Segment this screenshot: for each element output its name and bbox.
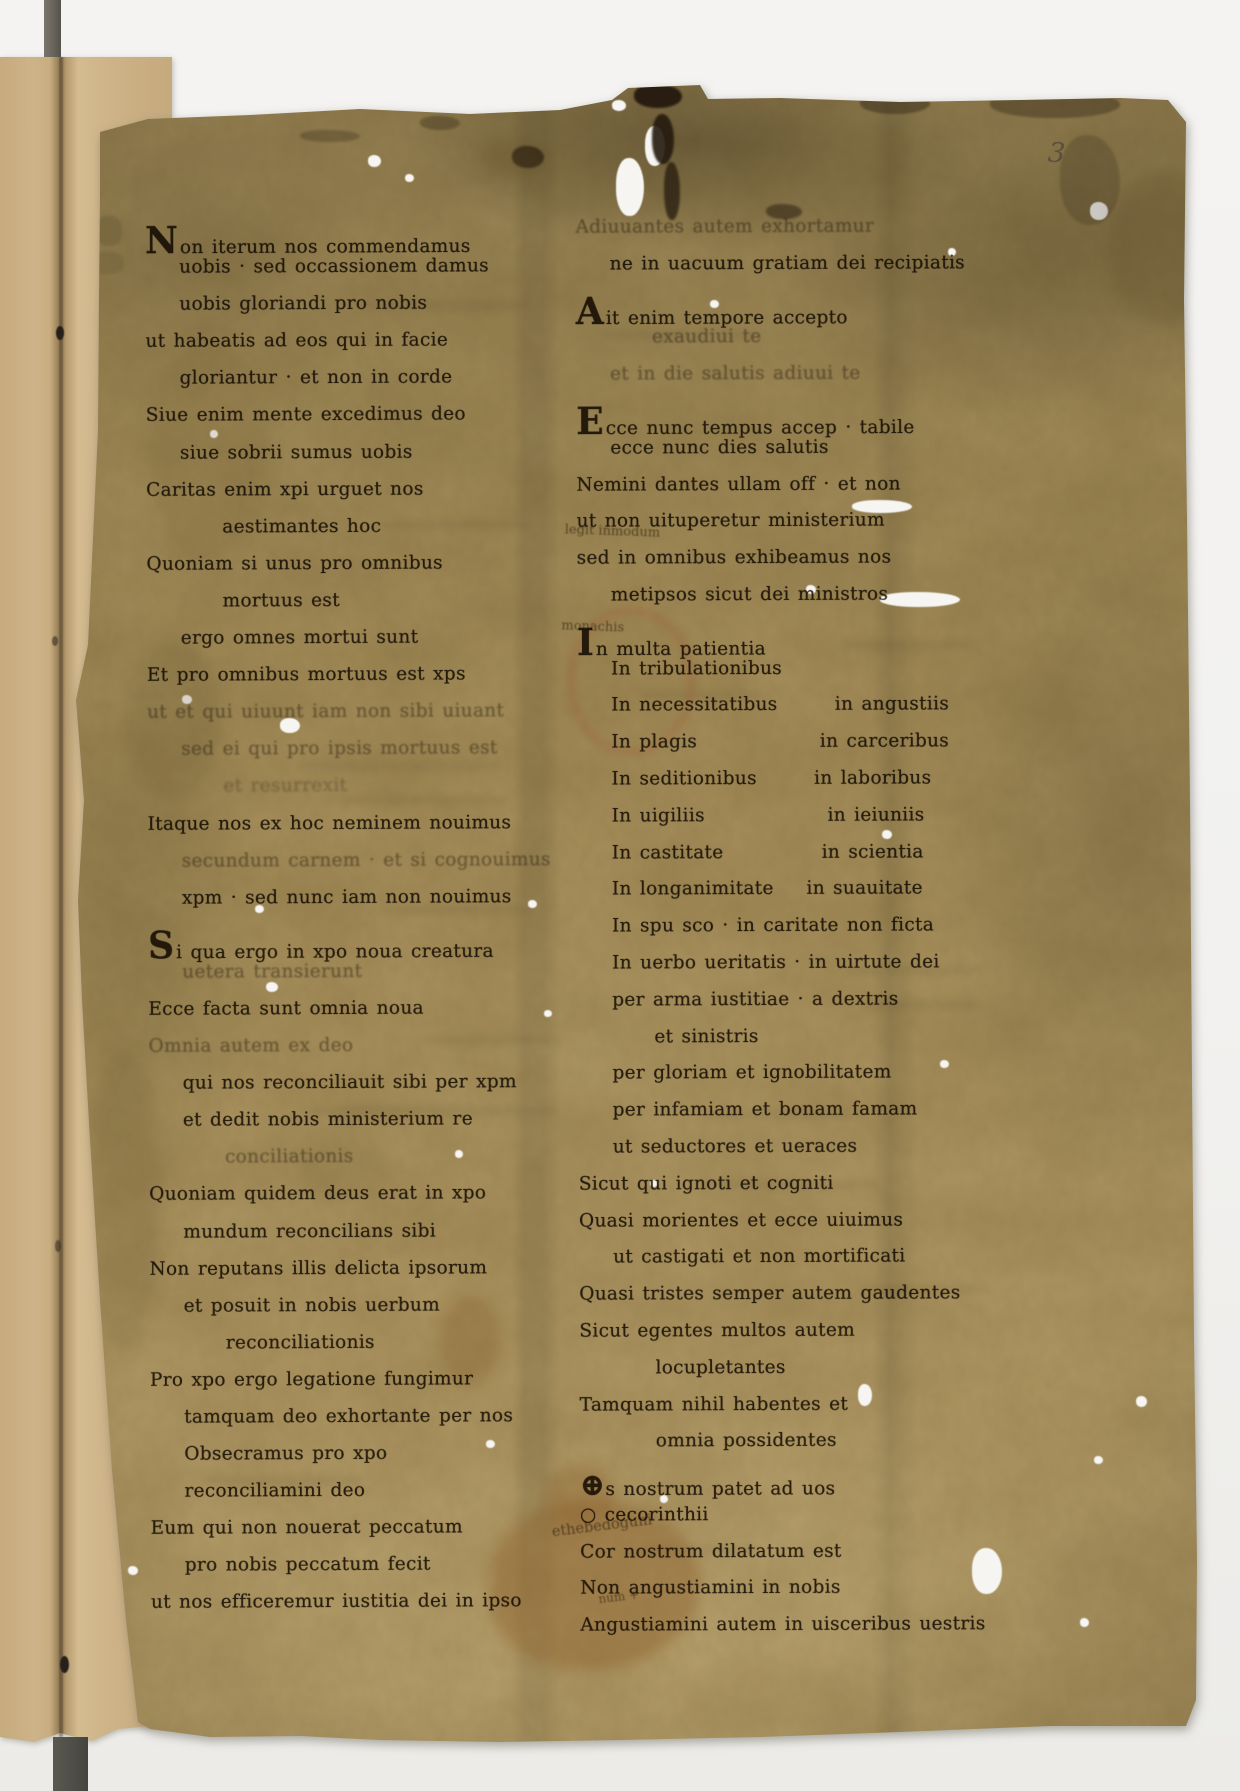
manuscript-line: In seditionibus in laboribus <box>577 767 982 806</box>
manuscript-line: Siue enim mente excedimus deo <box>146 403 549 443</box>
manuscript-line: pro nobis peccatum fecit <box>151 1553 554 1593</box>
ink-blob <box>300 130 360 142</box>
manuscript-line: Obsecramus pro xpo <box>150 1442 553 1482</box>
manuscript-line: Non iterum nos commendamus <box>145 218 548 258</box>
manuscript-line: aestimantes hoc <box>146 514 549 554</box>
manuscript-line: Sicut qui ignoti et cogniti <box>579 1171 984 1210</box>
manuscript-line: sed ei qui pro ipsis mortuus est <box>147 737 550 777</box>
manuscript-line: Si qua ergo in xpo noua creatura <box>148 922 551 962</box>
manuscript-line: Sicut egentes multos autem <box>579 1319 984 1358</box>
manuscript-line: tamquam deo exhortante per nos <box>150 1405 553 1445</box>
manuscript-line: uobis · sed occassionem damus <box>145 255 548 295</box>
manuscript-line: et in die salutis adiuui te <box>576 362 981 401</box>
sewing-hole <box>52 636 58 646</box>
manuscript-line: Quasi tristes semper autem gaudentes <box>579 1282 984 1321</box>
manuscript-line: gloriantur · et non in corde <box>146 366 549 406</box>
manuscript-line: Quoniam si unus pro omnibus <box>146 551 549 591</box>
hole-or-loss <box>1136 1396 1147 1407</box>
manuscript-line: reconciliationis <box>150 1330 553 1370</box>
manuscript-line: et dedit nobis ministerium re <box>149 1108 552 1148</box>
manuscript-line: ergo omnes mortui sunt <box>147 626 550 666</box>
manuscript-line: Quasi morientes et ecce uiuimus <box>579 1208 984 1247</box>
manuscript-line: uobis gloriandi pro nobis <box>145 292 548 332</box>
sewing-hole <box>56 326 64 340</box>
manuscript-line: Pro xpo ergo legatione fungimur <box>150 1367 553 1407</box>
board-crease <box>59 57 63 1737</box>
manuscript-line: locupletantes <box>579 1355 984 1394</box>
stain <box>1110 170 1220 320</box>
manuscript-line: Ecce facta sunt omnia noua <box>148 997 551 1037</box>
ink-blob <box>664 162 680 220</box>
hole-or-loss <box>616 158 644 216</box>
gloss-line: ethebedoguni <box>551 1508 654 1544</box>
sewing-hole <box>55 1240 61 1252</box>
ink-blob <box>860 92 930 114</box>
hole-or-loss <box>1080 1618 1089 1627</box>
manuscript-line: ut seductores et ueraces <box>579 1135 984 1174</box>
manuscript-line: In uerbo ueritatis · in uirtute dei <box>578 951 983 990</box>
book-spine-tab-bottom <box>53 1737 88 1791</box>
manuscript-line: siue sobrii sumus uobis <box>146 440 549 480</box>
manuscript-line: In spu sco · in caritate non ficta <box>578 914 983 953</box>
manuscript-line: Ecce nunc tempus accep · tabile <box>576 399 981 438</box>
manuscript-line: Quoniam quidem deus erat in xpo <box>149 1182 552 1222</box>
hole-or-loss <box>612 100 626 111</box>
manuscript-line: ut habeatis ad eos qui in facie <box>145 329 548 369</box>
manuscript-line: ut et qui uiuunt iam non sibi uiuant <box>147 700 550 740</box>
manuscript-line: In longanimitate in suauitate <box>578 877 983 916</box>
manuscript-line: per arma iustitiae · a dextris <box>578 987 983 1026</box>
manuscript-line: secundum carnem · et si cognouimus <box>148 848 551 888</box>
left-margin-pen-trials <box>96 216 122 246</box>
ink-blob <box>1060 135 1120 225</box>
gloss-line: num + <box>559 1580 662 1616</box>
manuscript-line: In uigiliis in ieiuniis <box>578 803 983 842</box>
ink-blob <box>420 116 460 130</box>
parchment-leaf: 3 Non iterum nos commendamusuobis · sed … <box>0 0 1240 1791</box>
manuscript-line: mortuus est <box>147 589 550 629</box>
manuscript-line: ne in uacuum gratiam dei recipiatis <box>576 252 981 291</box>
book-spine-strip-top <box>44 0 61 59</box>
text-column-right: Adiuuantes autem exhortamurne in uacuum … <box>575 215 985 1651</box>
manuscript-line: reconciliamini deo <box>150 1479 553 1519</box>
manuscript-line: et posuit in nobis uerbum <box>150 1293 553 1333</box>
gloss-line: monachis <box>561 610 657 645</box>
manuscript-line: Eum qui non nouerat peccatum <box>151 1516 554 1556</box>
manuscript-line: et sinistris <box>578 1024 983 1063</box>
sewing-hole <box>60 1656 69 1673</box>
manuscript-line: Itaque nos ex hoc neminem nouimus <box>148 811 551 851</box>
manuscript-line: qui nos reconciliauit sibi per xpm <box>149 1071 552 1111</box>
manuscript-line: uetera transierunt <box>148 959 551 999</box>
manuscript-line: Caritas enim xpi urguet nos <box>146 477 549 517</box>
manuscript-line: per infamiam et bonam famam <box>579 1098 984 1137</box>
manuscript-line: per gloriam et ignobilitatem <box>578 1061 983 1100</box>
manuscript-line: ut nos efficeremur iustitia dei in ipso <box>151 1590 554 1630</box>
manuscript-line: conciliationis <box>149 1145 552 1185</box>
manuscript-line: xpm · sed nunc iam non nouimus <box>148 885 551 925</box>
manuscript-photo: 3 Non iterum nos commendamusuobis · sed … <box>0 0 1240 1791</box>
manuscript-line: In castitate in scientia <box>578 840 983 879</box>
text-column-left: Non iterum nos commendamusuobis · sed oc… <box>145 218 554 1629</box>
manuscript-line: Adiuuantes autem exhortamur <box>575 215 980 254</box>
hole-or-loss <box>368 155 381 167</box>
manuscript-line: Ait enim tempore accepto <box>576 288 981 327</box>
manuscript-line: Omnia autem ex deo <box>148 1034 551 1074</box>
manuscript-line: mundum reconcilians sibi <box>149 1219 552 1259</box>
manuscript-line: In plagis in carceribus <box>577 730 982 769</box>
page-number: 3 <box>1047 137 1066 169</box>
hole-or-loss <box>128 1566 138 1575</box>
manuscript-line: Et pro omnibus mortuus est xps <box>147 663 550 703</box>
gutter-gloss-upper: legit inmodum monachis <box>559 450 663 709</box>
ink-blob <box>634 84 682 108</box>
ink-blob <box>652 114 674 164</box>
manuscript-line: et resurrexit <box>147 774 550 814</box>
gloss-line: legit inmodum <box>564 514 660 549</box>
hole-or-loss <box>1094 1456 1103 1464</box>
manuscript-line: ut castigati et non mortificati <box>579 1245 984 1284</box>
manuscript-line: exaudiui te <box>576 325 981 364</box>
manuscript-line: Non reputans illis delicta ipsorum <box>149 1256 552 1296</box>
manuscript-line: Tamquam nihil habentes et <box>580 1392 985 1431</box>
ink-blob <box>990 90 1120 118</box>
hole-or-loss <box>405 174 414 182</box>
